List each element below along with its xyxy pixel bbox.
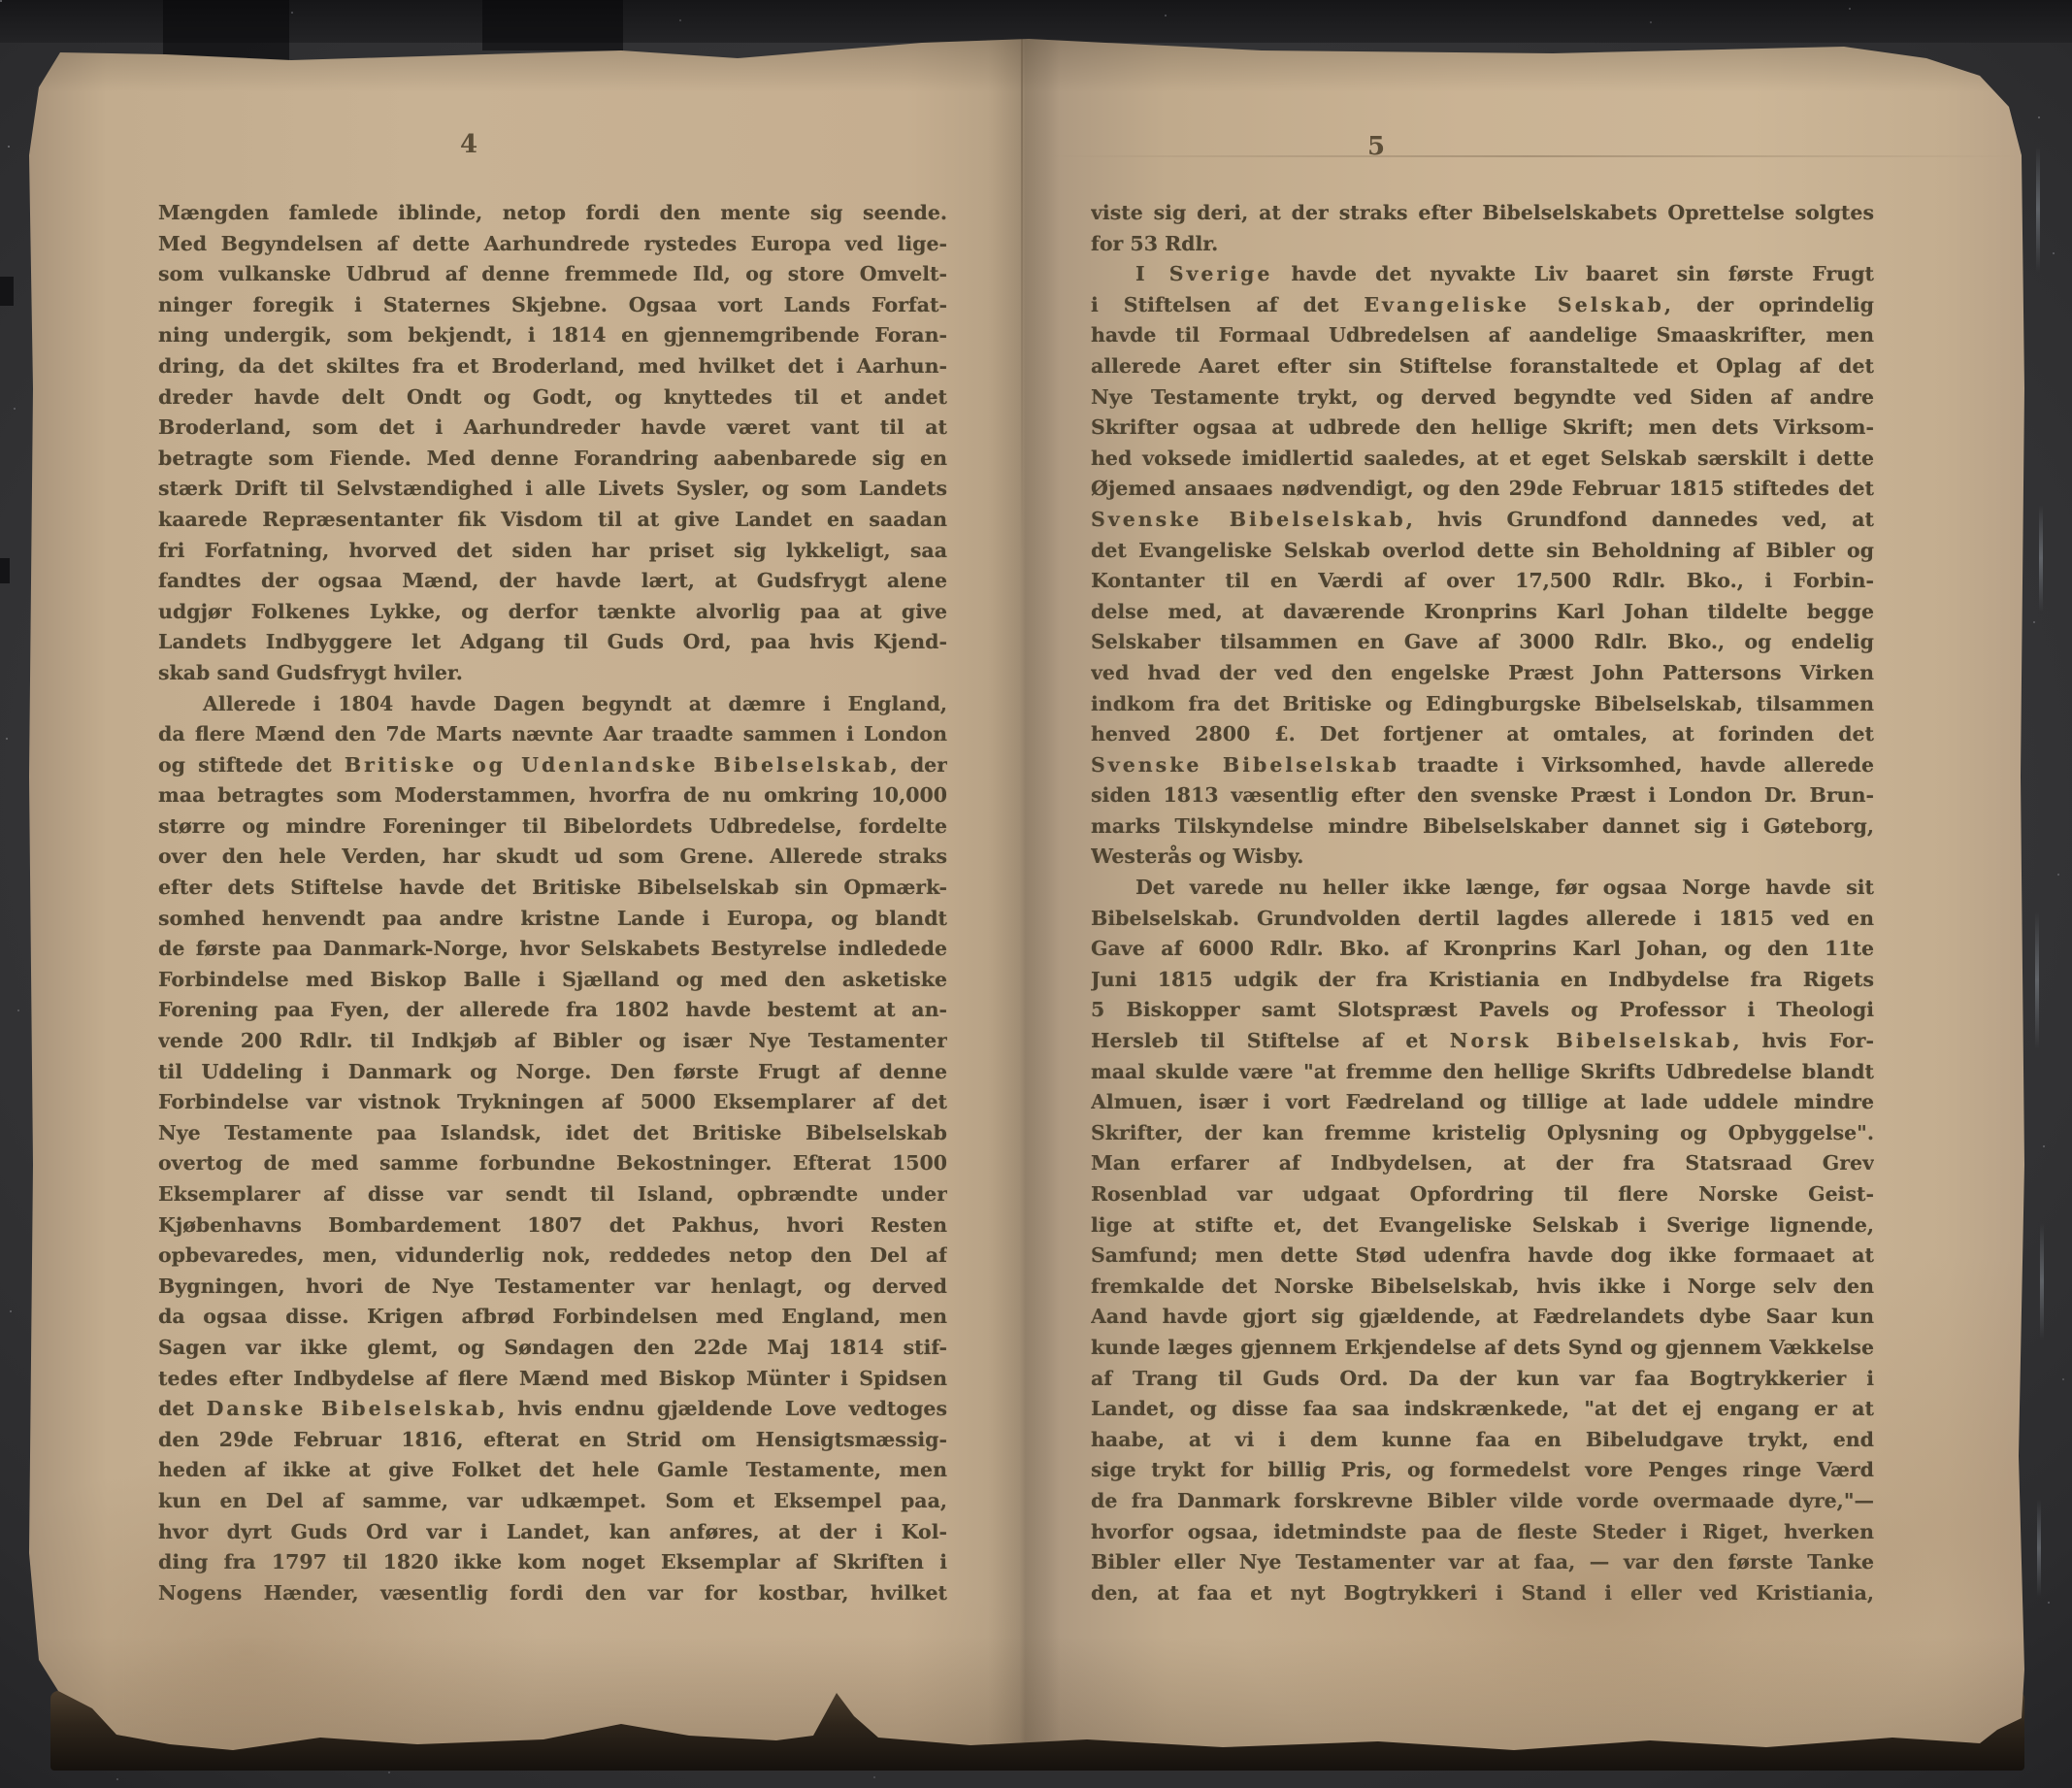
text-line: viste sig deri, at der straks efter Bibe… [1091, 198, 1874, 229]
ruler-mark [2040, 1223, 2044, 1340]
letterspaced-text: I Sverige [1135, 262, 1272, 285]
ruler-mark [2037, 1500, 2041, 1597]
text-line: den 29de Februar 1816, efterat en Strid … [158, 1425, 947, 1456]
text-line: Skrifter, der kan fremme kristelig Oplys… [1091, 1118, 1874, 1149]
text-line: sige trykt for billig Pris, og formedels… [1091, 1455, 1874, 1486]
text-line: kaarede Repræsentanter fik Visdom til at… [158, 505, 947, 536]
spine-shadow [988, 37, 1060, 1757]
text-line: fri Forfatning, hvorved det siden har pr… [158, 536, 947, 567]
text-line: Gave af 6000 Rdlr. Bko. af Kronprins Kar… [1091, 934, 1874, 965]
text-line: større og mindre Foreninger til Bibelord… [158, 811, 947, 843]
text-line: somhed henvendt paa andre kristne Lande … [158, 904, 947, 935]
text-line: da ogsaa disse. Krigen afbrød Forbindels… [158, 1302, 947, 1333]
text-line: det Danske Bibelselskab, hvis endnu gjæl… [158, 1394, 947, 1425]
text-line: Broderland, som det i Aarhundreder havde… [158, 413, 947, 444]
text-line: dreder havde delt Ondt og Godt, og knytt… [158, 382, 947, 414]
text-line: Bygningen, hvori de Nye Testamenter var … [158, 1272, 947, 1303]
text-line: vende 200 Rdlr. til Indkjøb af Bibler og… [158, 1026, 947, 1057]
text-line: Svenske Bibelselskab traadte i Virksomhe… [1091, 750, 1874, 781]
text-line: den, at faa et nyt Bogtrykkeri i Stand i… [1091, 1578, 1874, 1609]
text-line: de første paa Danmark-Norge, hvor Selska… [158, 934, 947, 965]
ruler-mark [2035, 912, 2039, 1048]
text-line: Kontanter til en Værdi af over 17,500 Rd… [1091, 566, 1874, 597]
text-line: Westerås og Wisby. [1091, 842, 1874, 873]
text-line: allerede Aaret efter sin Stiftelse foran… [1091, 351, 1874, 382]
letterspaced-text: Danske Bibelselskab [207, 1397, 499, 1420]
text-line: Forening paa Fyen, der allerede fra 1802… [158, 995, 947, 1026]
text-line: hed voksede imidlertid saaledes, at et e… [1091, 444, 1874, 475]
text-line: Juni 1815 udgik der fra Kristiania en In… [1091, 965, 1874, 996]
text-line: Eksemplarer af disse var sendt til Islan… [158, 1179, 947, 1210]
text-line: Hersleb til Stiftelse af et Norsk Bibels… [1091, 1026, 1874, 1057]
text-line: dring, da det skiltes fra et Broderland,… [158, 351, 947, 382]
text-line: det Evangeliske Selskab overlod dette si… [1091, 536, 1874, 567]
text-line: af Trang til Guds Ord. Da der kun var fa… [1091, 1364, 1874, 1395]
text-line: ning undergik, som bekjendt, i 1814 en g… [158, 320, 947, 351]
text-line: til Uddeling i Danmark og Norge. Den før… [158, 1057, 947, 1088]
text-line: ninger foregik i Staternes Skjebne. Ogsa… [158, 290, 947, 321]
text-line: 5 Biskopper samt Slotspræst Pavels og Pr… [1091, 995, 1874, 1026]
text-line: henved 2800 £. Det fortjener at omtales,… [1091, 719, 1874, 750]
text-line: Samfund; men dette Stød udenfra havde do… [1091, 1241, 1874, 1272]
letterspaced-text: Evangeliske Selskab [1364, 293, 1663, 316]
page-text-right: viste sig deri, at der straks efter Bibe… [1091, 198, 1874, 1608]
binding-tab [163, 0, 289, 64]
text-line: kunde læges gjennem Erkjendelse af dets … [1091, 1333, 1874, 1364]
text-line: i Stiftelsen af det Evangeliske Selskab,… [1091, 290, 1874, 321]
text-line: og stiftede det Britiske og Udenlandske … [158, 750, 947, 781]
text-line: haabe, at vi i dem kunne faa en Bibeludg… [1091, 1425, 1874, 1456]
text-line: maa betragtes som Moderstammen, hvorfra … [158, 780, 947, 811]
text-line: maal skulde være "at fremme den hellige … [1091, 1057, 1874, 1088]
text-line: da flere Mænd den 7de Marts nævnte Aar t… [158, 719, 947, 750]
paper-crease [1021, 37, 1023, 561]
scanner-background-top [0, 0, 2072, 43]
text-line: Aand havde gjort sig gjældende, at Fædre… [1091, 1302, 1874, 1333]
text-line: overtog de med samme forbundne Bekostnin… [158, 1148, 947, 1179]
page-number-right: 5 [1347, 132, 1405, 161]
text-line: hvor dyrt Guds Ord var i Landet, kan anf… [158, 1517, 947, 1548]
book-scan: 4 5 Mængden famlede iblinde, netop fordi… [0, 0, 2072, 1788]
ruler-mark [2039, 505, 2043, 612]
text-line: heden af ikke at give Folket det hele Ga… [158, 1455, 947, 1486]
text-line: fandtes der ogsaa Mænd, der havde lært, … [158, 566, 947, 597]
scanner-edge-mark [0, 558, 10, 583]
text-line: Skrifter ogsaa at udbrede den hellige Sk… [1091, 413, 1874, 444]
text-line: Nye Testamente trykt, og derved begyndte… [1091, 382, 1874, 414]
scanner-edge-mark [0, 277, 14, 306]
letterspaced-text: Svenske Bibelselskab [1091, 753, 1399, 777]
page-number-left: 4 [440, 130, 498, 159]
text-line: havde til Formaal Udbredelsen af aandeli… [1091, 320, 1874, 351]
text-line: Med Begyndelsen af dette Aarhundrede rys… [158, 229, 947, 260]
text-line: I Sverige havde det nyvakte Liv baaret s… [1091, 259, 1874, 290]
text-line: Sagen var ikke glemt, og Søndagen den 22… [158, 1333, 947, 1364]
text-line: ved hvad der ved den engelske Præst John… [1091, 658, 1874, 689]
text-line: efter dets Stiftelse havde det Britiske … [158, 873, 947, 904]
text-line: Landets Indbyggere let Adgang til Guds O… [158, 627, 947, 658]
text-line: delse med, at daværende Kronprins Karl J… [1091, 597, 1874, 628]
text-line: Allerede i 1804 havde Dagen begyndt at d… [158, 689, 947, 720]
dust-specks [0, 0, 2, 2]
text-line: Forbindelse var vistnok Trykningen af 50… [158, 1087, 947, 1118]
text-line: tedes efter Indbydelse af flere Mænd med… [158, 1364, 947, 1395]
text-line: Bibler eller Nye Testamenter var at faa,… [1091, 1547, 1874, 1578]
text-line: Nogens Hænder, væsentlig fordi den var f… [158, 1578, 947, 1609]
text-line: de fra Danmark forskrevne Bibler vilde v… [1091, 1486, 1874, 1517]
page-text-left: Mængden famlede iblinde, netop fordi den… [158, 198, 947, 1608]
text-line: Man erfarer af Indbydelsen, at der fra S… [1091, 1148, 1874, 1179]
text-line: Selskaber tilsammen en Gave af 3000 Rdlr… [1091, 627, 1874, 658]
text-line: Nye Testamente paa Islandsk, idet det Br… [158, 1118, 947, 1149]
text-line: Mængden famlede iblinde, netop fordi den… [158, 198, 947, 229]
text-line: indkom fra det Britiske og Edingburgske … [1091, 689, 1874, 720]
text-line: som vulkanske Udbrud af denne fremmede I… [158, 259, 947, 290]
text-line: Landet, og disse faa saa indskrænkede, "… [1091, 1394, 1874, 1425]
letterspaced-text: Britiske og Udenlandske Bibelselskab [345, 753, 891, 777]
text-line: marks Tilskyndelse mindre Bibelselskaber… [1091, 811, 1874, 843]
letterspaced-text: Svenske Bibelselskab [1091, 508, 1406, 531]
text-line: lige at stifte et, det Evangeliske Selsk… [1091, 1210, 1874, 1242]
text-line: ding fra 1797 til 1820 ikke kom noget Ek… [158, 1547, 947, 1578]
text-line: Øjemed ansaaes nødvendigt, og den 29de F… [1091, 474, 1874, 505]
text-line: kun en Del af samme, var udkæmpet. Som e… [158, 1486, 947, 1517]
text-line: hvorfor ogsaa, idetmindste paa de fleste… [1091, 1517, 1874, 1548]
text-line: Rosenblad var udgaat Opfordring til fler… [1091, 1179, 1874, 1210]
letterspaced-text: Norsk Bibelselskab [1450, 1029, 1733, 1052]
text-line: stærk Drift til Selvstændighed i alle Li… [158, 474, 947, 505]
text-line: opbevaredes, men, vidunderlig nok, redde… [158, 1241, 947, 1272]
text-line: Bibelselskab. Grundvolden dertil lagdes … [1091, 904, 1874, 935]
ruler-mark [2036, 146, 2040, 272]
text-line: Almuen, især i vort Fædreland og tillige… [1091, 1087, 1874, 1118]
text-line: Forbindelse med Biskop Balle i Sjælland … [158, 965, 947, 996]
paper-crease [1048, 155, 2019, 157]
text-line: fremkalde det Norske Bibelselskab, hvis … [1091, 1272, 1874, 1303]
text-line: Det varede nu heller ikke længe, før ogs… [1091, 873, 1874, 904]
text-line: skab sand Gudsfrygt hviler. [158, 658, 947, 689]
text-line: Svenske Bibelselskab, hvis Grundfond dan… [1091, 505, 1874, 536]
text-line: for 53 Rdlr. [1091, 229, 1874, 260]
text-line: over den hele Verden, har skudt ud som G… [158, 842, 947, 873]
text-line: udgjør Folkenes Lykke, og derfor tænkte … [158, 597, 947, 628]
text-line: betragte som Fiende. Med denne Forandrin… [158, 444, 947, 475]
text-line: Kjøbenhavns Bombardement 1807 det Pakhus… [158, 1210, 947, 1242]
binding-tab [482, 0, 623, 50]
text-line: siden 1813 væsentlig efter den svenske P… [1091, 780, 1874, 811]
